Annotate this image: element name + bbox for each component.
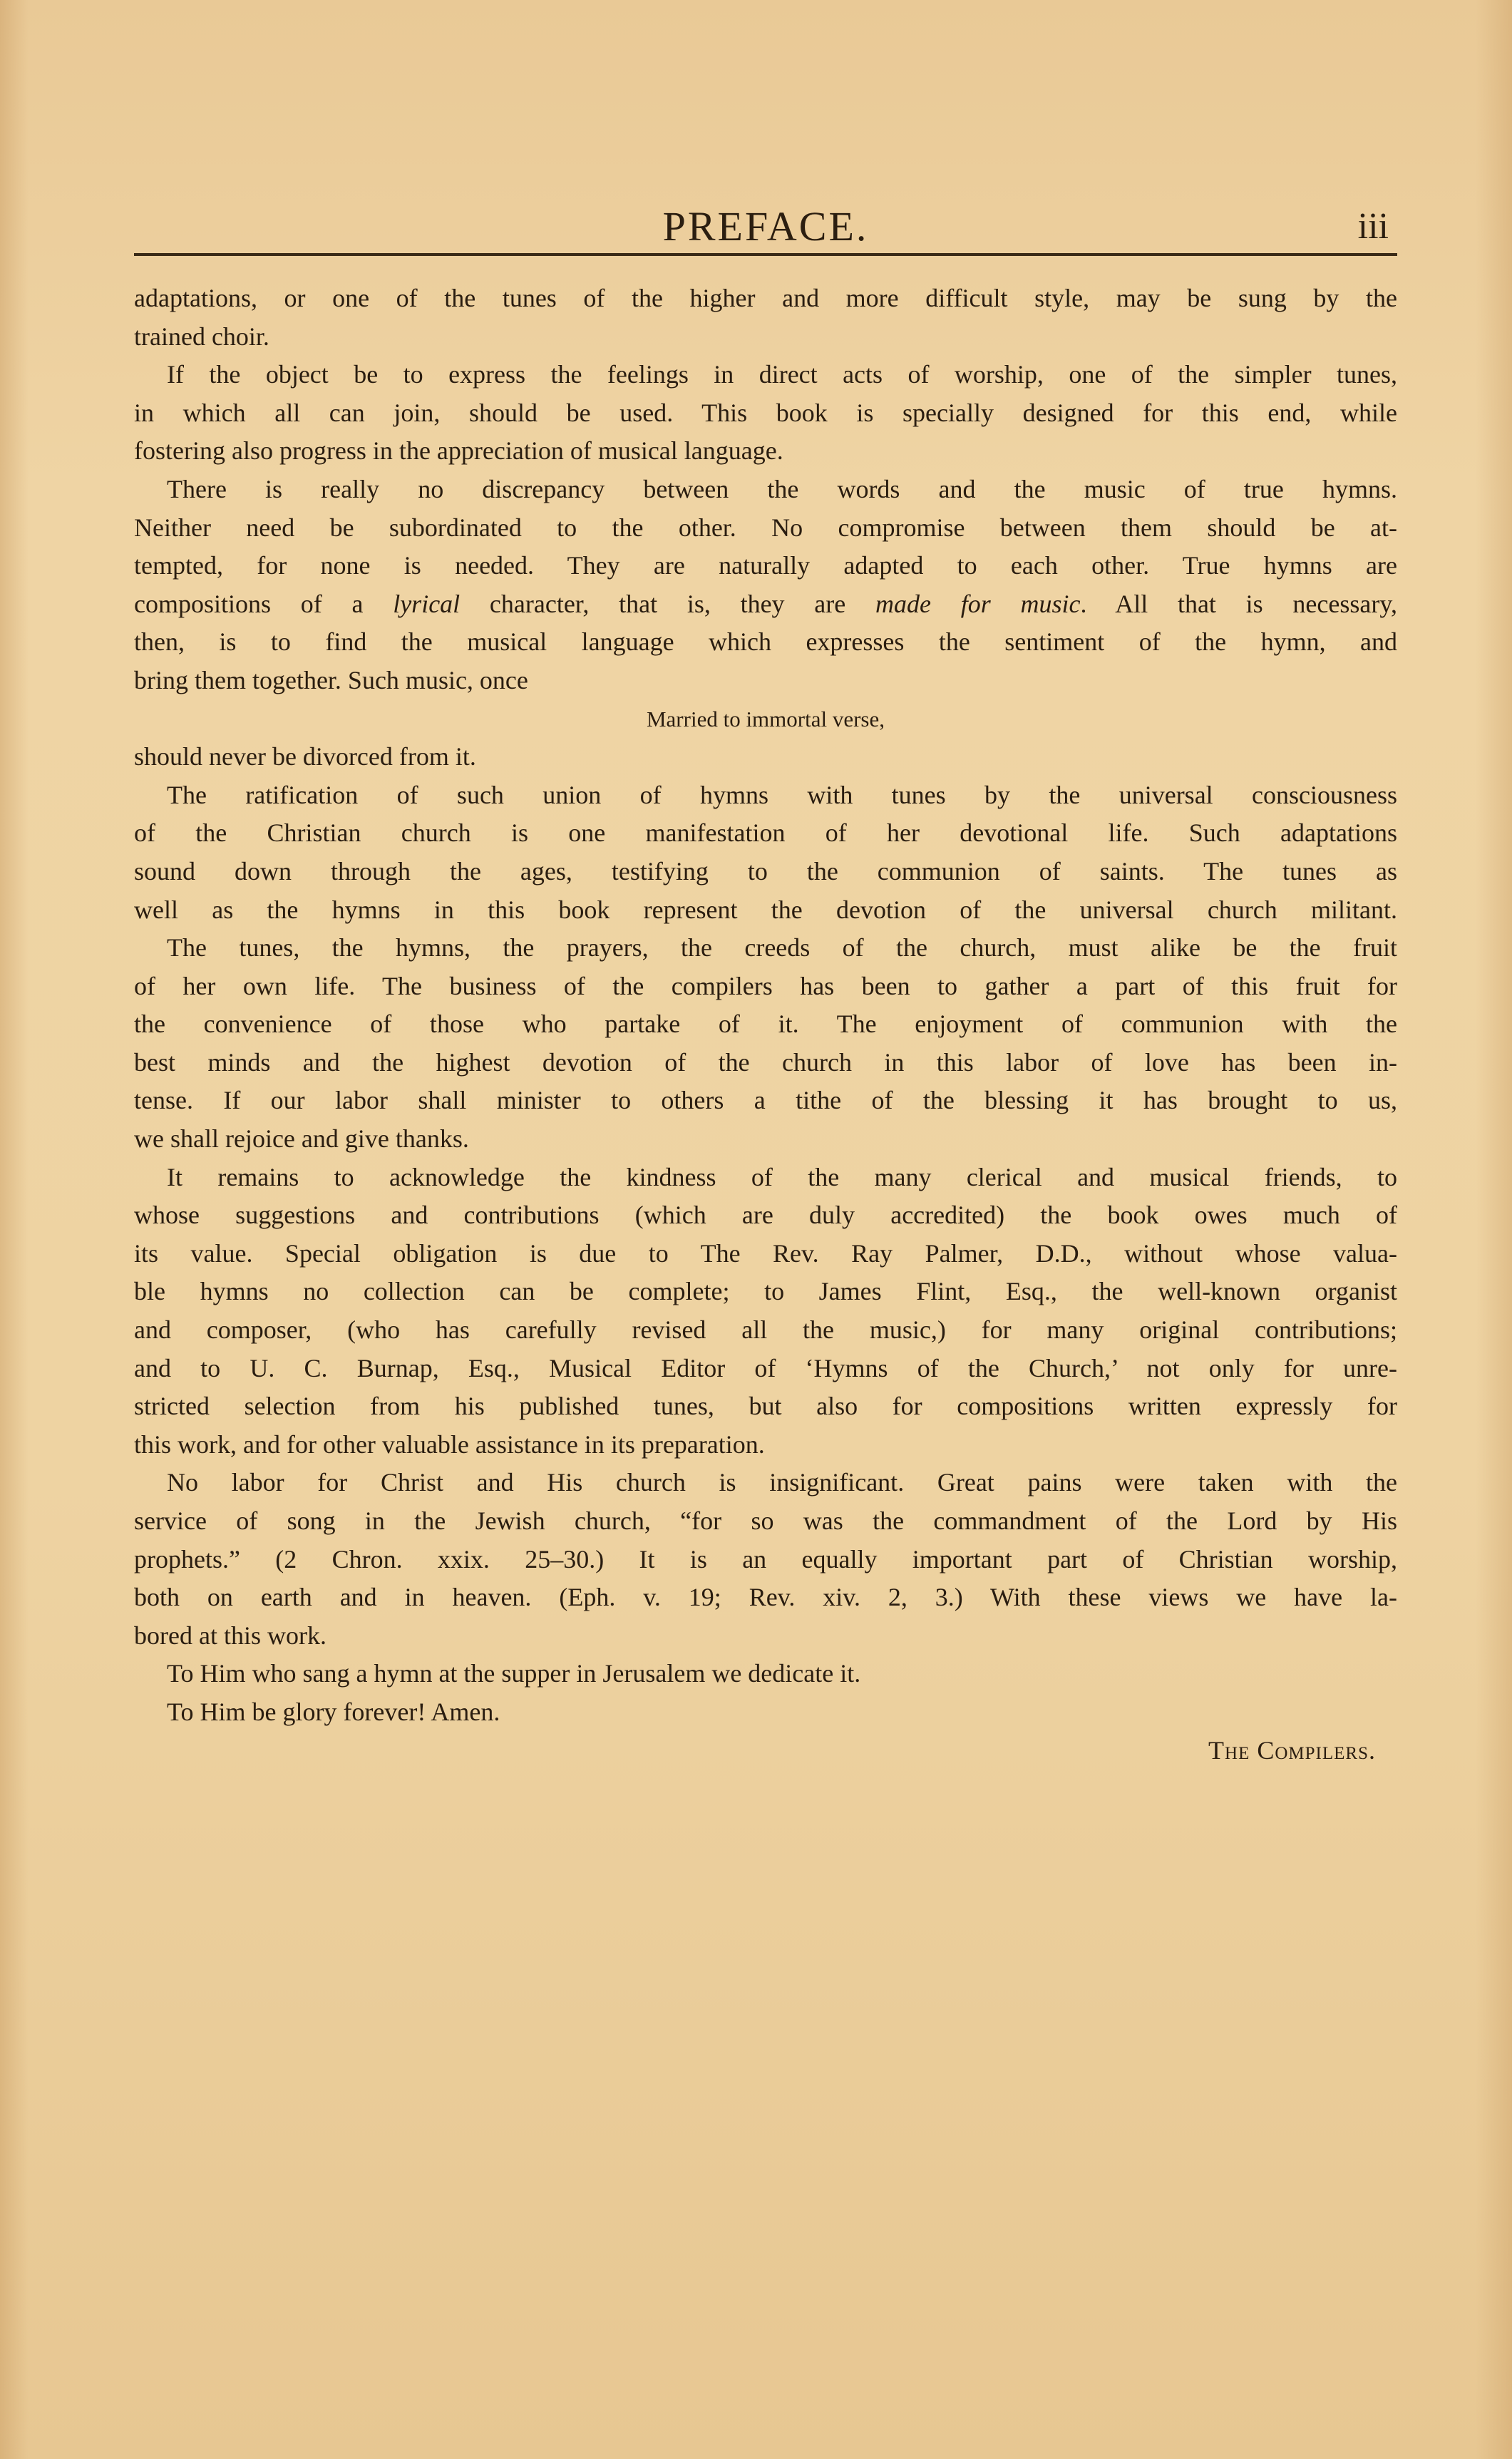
text-line: adaptations, or one of the tunes of the … — [134, 279, 1397, 318]
text-line: well as the hymns in this book represent… — [134, 891, 1397, 930]
text-line: we shall rejoice and give thanks. — [134, 1120, 1397, 1159]
text-line: tempted, for none is needed. They are na… — [134, 547, 1397, 585]
text-line: the convenience of those who partake of … — [134, 1005, 1397, 1044]
text-run: character, that is, they are — [460, 590, 875, 618]
text-line: and composer, (who has carefully revised… — [134, 1311, 1397, 1350]
text-line: trained choir. — [134, 318, 1397, 356]
text-line: in which all can join, should be used. T… — [134, 394, 1397, 433]
paragraph-start: If the object be to express the feelings… — [134, 356, 1397, 394]
running-head: PREFACE. iii — [134, 202, 1397, 252]
signature: The Compilers. — [134, 1732, 1397, 1770]
text-line: bored at this work. — [134, 1617, 1397, 1655]
preface-body: adaptations, or one of the tunes of the … — [134, 279, 1397, 1770]
text-line: this work, and for other valuable assist… — [134, 1426, 1397, 1464]
header-rule — [134, 253, 1397, 256]
text-line: tense. If our labor shall minister to ot… — [134, 1082, 1397, 1120]
text-line: both on earth and in heaven. (Eph. v. 19… — [134, 1578, 1397, 1617]
text-line: should never be divorced from it. — [134, 738, 1397, 776]
text-line-with-italics: compositions of a lyrical character, tha… — [134, 585, 1397, 624]
text-line: of the Christian church is one manifesta… — [134, 814, 1397, 853]
paragraph-start: No labor for Christ and His church is in… — [134, 1464, 1397, 1502]
text-line: ble hymns no collection can be complete;… — [134, 1273, 1397, 1311]
text-run: . All that is necessary, — [1080, 590, 1397, 618]
text-line: fostering also progress in the appreciat… — [134, 432, 1397, 471]
paragraph-start: The tunes, the hymns, the prayers, the c… — [134, 929, 1397, 967]
dedication-line: To Him who sang a hymn at the supper in … — [134, 1655, 1397, 1693]
text-line: stricted selection from his published tu… — [134, 1387, 1397, 1426]
text-line: whose suggestions and contributions (whi… — [134, 1196, 1397, 1235]
text-line: and to U. C. Burnap, Esq., Musical Edito… — [134, 1350, 1397, 1388]
doxology-line: To Him be glory forever! Amen. — [134, 1693, 1397, 1732]
text-line: its value. Special obligation is due to … — [134, 1235, 1397, 1273]
italic-made-for-music: made for music — [875, 590, 1080, 618]
text-line: Neither need be subordinated to the othe… — [134, 509, 1397, 548]
text-line: of her own life. The business of the com… — [134, 967, 1397, 1006]
italic-lyrical: lyrical — [393, 590, 460, 618]
text-line: sound down through the ages, testifying … — [134, 853, 1397, 891]
paragraph-start: There is really no discrepancy between t… — [134, 471, 1397, 509]
running-title: PREFACE. — [134, 202, 1397, 252]
text-run: compositions of a — [134, 590, 393, 618]
text-line: best minds and the highest devotion of t… — [134, 1044, 1397, 1082]
text-line: bring them together. Such music, once — [134, 662, 1397, 700]
text-line: service of song in the Jewish church, “f… — [134, 1502, 1397, 1541]
page-number: iii — [1358, 202, 1389, 252]
text-line: then, is to find the musical language wh… — [134, 623, 1397, 662]
paragraph-start: The ratification of such union of hymns … — [134, 776, 1397, 815]
paragraph-start: It remains to acknowledge the kindness o… — [134, 1159, 1397, 1197]
text-line: prophets.” (2 Chron. xxix. 25–30.) It is… — [134, 1541, 1397, 1579]
verse-quotation: Married to immortal verse, — [134, 700, 1397, 739]
